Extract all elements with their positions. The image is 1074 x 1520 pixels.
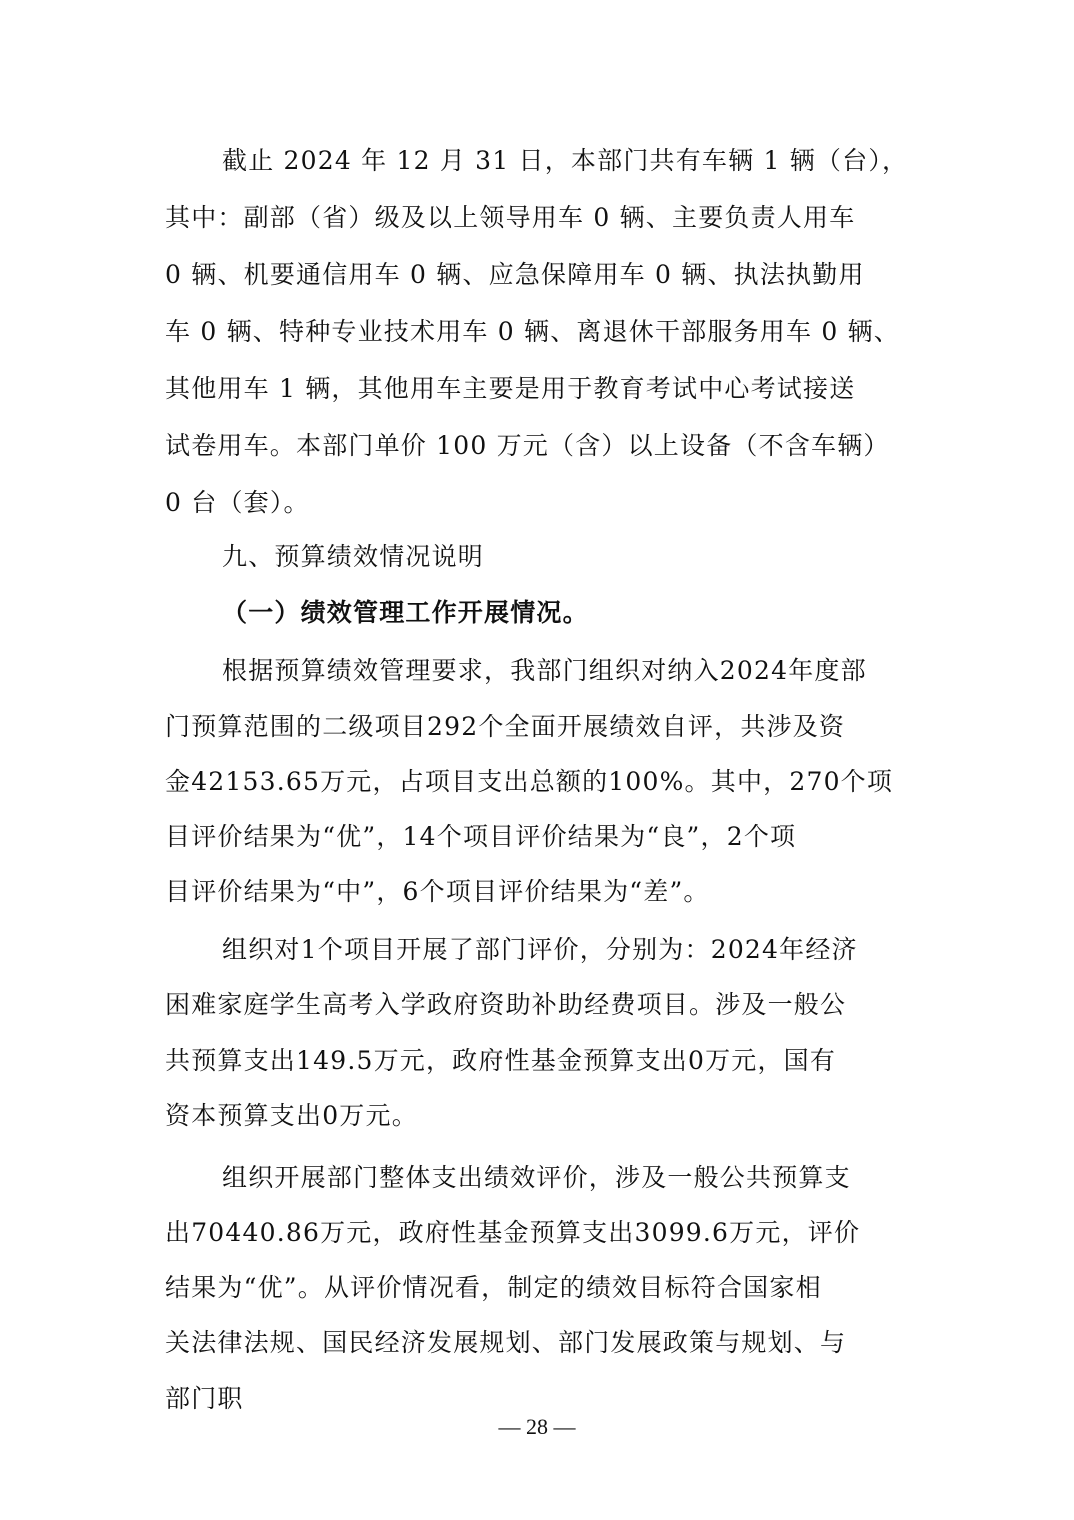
paragraph-line: 截止 2024 年 12 月 31 日，本部门共有车辆 1 辆（台），: [222, 146, 972, 176]
subsection-heading: （一）绩效管理工作开展情况。: [222, 598, 972, 628]
paragraph-line: 试卷用车。本部门单价 100 万元（含）以上设备（不含车辆）: [165, 431, 915, 461]
paragraph-line: 结果为“优”。从评价情况看，制定的绩效目标符合国家相: [165, 1273, 915, 1303]
paragraph-line: 门预算范围的二级项目292个全面开展绩效自评，共涉及资: [165, 712, 915, 742]
paragraph-line: 出70440.86万元，政府性基金预算支出3099.6万元，评价: [165, 1218, 915, 1248]
paragraph-line: 关法律法规、国民经济发展规划、部门发展政策与规划、与: [165, 1328, 915, 1358]
page-number: — 28 —: [0, 1412, 1074, 1442]
paragraph-line: 资本预算支出0万元。: [165, 1101, 915, 1131]
paragraph-line: 0 辆、机要通信用车 0 辆、应急保障用车 0 辆、执法执勤用: [165, 260, 915, 290]
paragraph-line: 共预算支出149.5万元，政府性基金预算支出0万元，国有: [165, 1046, 915, 1076]
paragraph-line: 组织开展部门整体支出绩效评价，涉及一般公共预算支: [222, 1163, 972, 1193]
paragraph-line: 金42153.65万元，占项目支出总额的100%。其中，270个项: [165, 767, 915, 797]
paragraph-line: 车 0 辆、特种专业技术用车 0 辆、离退休干部服务用车 0 辆、: [165, 317, 915, 347]
paragraph-line: 目评价结果为“中”，6个项目评价结果为“差”。: [165, 877, 915, 907]
paragraph-line: 组织对1个项目开展了部门评价，分别为：2024年经济: [222, 935, 972, 965]
paragraph-line: 部门职: [165, 1384, 915, 1414]
paragraph-line: 其他用车 1 辆，其他用车主要是用于教育考试中心考试接送: [165, 374, 915, 404]
paragraph-line: 困难家庭学生高考入学政府资助补助经费项目。涉及一般公: [165, 990, 915, 1020]
paragraph-line: 目评价结果为“优”，14个项目评价结果为“良”，2个项: [165, 822, 915, 852]
section-heading: 九、预算绩效情况说明: [222, 542, 972, 572]
document-page: 截止 2024 年 12 月 31 日，本部门共有车辆 1 辆（台）， 其中：副…: [0, 0, 1074, 1520]
paragraph-line: 根据预算绩效管理要求，我部门组织对纳入2024年度部: [222, 656, 972, 686]
paragraph-line: 0 台（套）。: [165, 488, 915, 518]
paragraph-line: 其中：副部（省）级及以上领导用车 0 辆、主要负责人用车: [165, 203, 915, 233]
